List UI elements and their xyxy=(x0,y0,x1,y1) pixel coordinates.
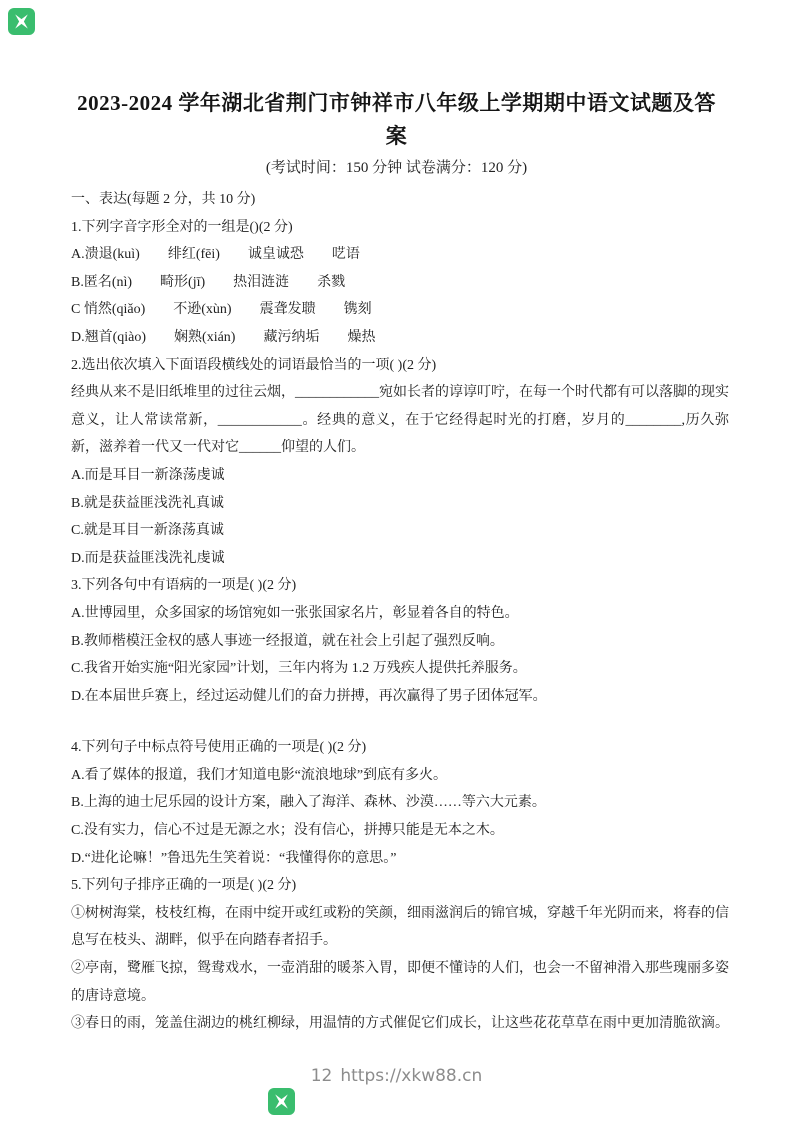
xkw-logo-icon xyxy=(8,8,35,35)
paragraph: ②亭南，鹭雁飞掠，鸳鸯戏水，一壶消甜的暖茶入胃，即便不懂诗的人们，也会一不留神滑… xyxy=(71,955,729,1010)
text-line: 4.下列句子中标点符号使用正确的一项是( )(2 分) xyxy=(71,734,729,762)
paragraph: ①树树海棠，枝枝红梅，在雨中绽开或红或粉的笑颜，细雨滋润后的锦官城，穿越千年光阴… xyxy=(71,900,729,955)
exam-body: 一、表达(每题 2 分，共 10 分)1.下列字音字形全对的一组是()(2 分)… xyxy=(71,186,729,1038)
text-line: D.在本届世乒赛上，经过运动健儿们的奋力拼搏，再次赢得了男子团体冠军。 xyxy=(71,683,729,711)
text-line: B.匿名(nì) 畸形(jī) 热泪涟涟 杀戮 xyxy=(71,269,729,297)
text-line: B.教师楷模汪金权的感人事迹一经报道，就在社会上引起了强烈反响。 xyxy=(71,628,729,656)
text-line: 1.下列字音字形全对的一组是()(2 分) xyxy=(71,214,729,242)
text-line: 3.下列各句中有语病的一项是( )(2 分) xyxy=(71,572,729,600)
text-line: 5.下列句子排序正确的一项是( )(2 分) xyxy=(71,872,729,900)
text-line: D.翘首(qiào) 娴熟(xián) 藏污纳垢 燥热 xyxy=(71,324,729,352)
text-line: A.看了媒体的报道，我们才知道电影“流浪地球”到底有多火。 xyxy=(71,762,729,790)
xkw-logo-icon xyxy=(268,1088,295,1115)
page-number: 12 xyxy=(311,1066,333,1086)
document-title-line-1: 2023-2024 学年湖北省荆门市钟祥市八年级上学期期中语文试题及答 xyxy=(0,87,793,120)
footer-site-url: https://xkw88.cn xyxy=(340,1066,482,1086)
text-line: D.“进化论嘛！”鲁迅先生笑着说：“我懂得你的意思。” xyxy=(71,845,729,873)
document-title-line-2: 案 xyxy=(0,120,793,153)
text-line: 2.选出依次填入下面语段横线处的词语最恰当的一项( )(2 分) xyxy=(71,352,729,380)
text-line: A.溃退(kuì) 绯红(fēi) 诚皇诚恐 呓语 xyxy=(71,241,729,269)
text-line: C.没有实力，信心不过是无源之水；没有信心，拼搏只能是无本之木。 xyxy=(71,817,729,845)
text-line: C.就是耳目一新涤荡真诚 xyxy=(71,517,729,545)
exam-time-score-subtitle: (考试时间：150 分钟 试卷满分：120 分) xyxy=(0,156,793,180)
text-line: A.而是耳目一新涤荡虔诚 xyxy=(71,462,729,490)
text-line: 一、表达(每题 2 分，共 10 分) xyxy=(71,186,729,214)
blank-line xyxy=(71,710,729,734)
text-line: C 悄然(qiǎo) 不逊(xùn) 震聋发聩 镌刻 xyxy=(71,296,729,324)
page-footer: 12 https://xkw88.cn xyxy=(0,1066,793,1086)
text-line: A.世博园里，众多国家的场馆宛如一张张国家名片，彰显着各自的特色。 xyxy=(71,600,729,628)
paragraph: 经典从来不是旧纸堆里的过往云烟，____________宛如长者的谆谆叮咛，在每… xyxy=(71,379,729,462)
text-line: C.我省开始实施“阳光家园”计划，三年内将为 1.2 万残疾人提供托养服务。 xyxy=(71,655,729,683)
exam-document-page: 2023-2024 学年湖北省荆门市钟祥市八年级上学期期中语文试题及答 案 (考… xyxy=(0,0,793,1122)
text-line: B.上海的迪士尼乐园的设计方案，融入了海洋、森林、沙漠……等六大元素。 xyxy=(71,789,729,817)
text-line: B.就是获益匪浅洗礼真诚 xyxy=(71,490,729,518)
paragraph: ③春日的雨，笼盖住湖边的桃红柳绿，用温情的方式催促它们成长，让这些花花草草在雨中… xyxy=(71,1010,729,1038)
text-line: D.而是获益匪浅洗礼虔诚 xyxy=(71,545,729,573)
document-header: 2023-2024 学年湖北省荆门市钟祥市八年级上学期期中语文试题及答 案 (考… xyxy=(0,0,793,180)
